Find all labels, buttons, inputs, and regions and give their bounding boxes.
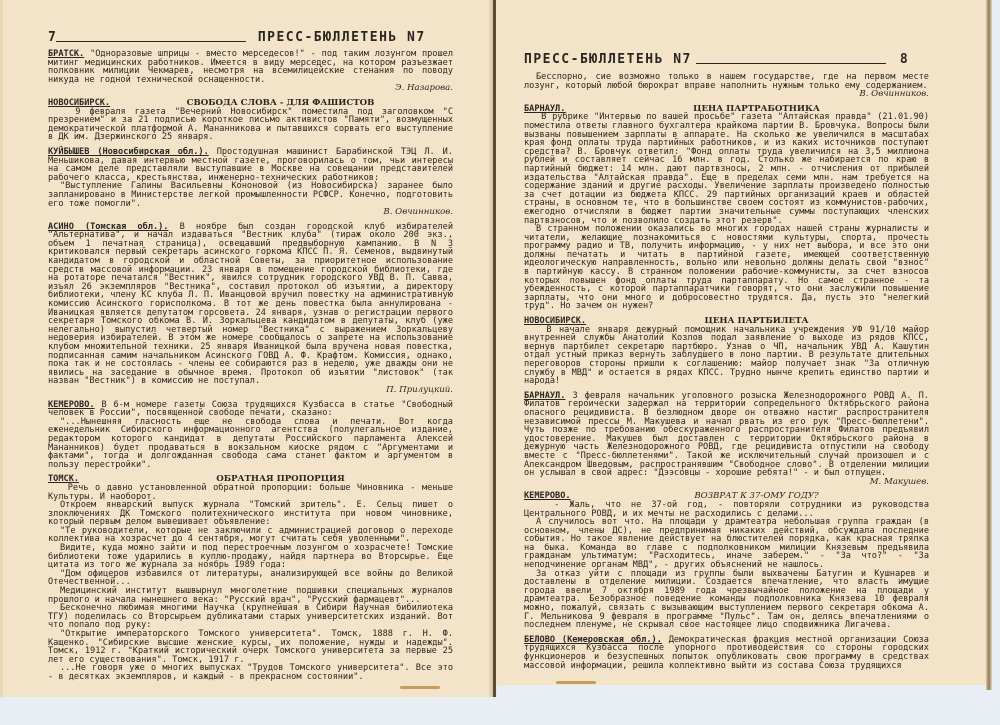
article: КЕМЕРОВО. В 6-м номере газеты Союза труд… [48, 401, 453, 470]
article-paragraph: Бесспорно, сие возможно только в нашем г… [524, 73, 929, 90]
article-paragraph: Бесконечно любимая многими Научка (крупн… [48, 604, 453, 630]
author-signature: М. Макушев. [524, 478, 929, 487]
stain [556, 681, 596, 684]
article-paragraph: НОВОСИБИРСК.СВОБОДА СЛОВА - ДЛЯ ФАШИСТОВ… [48, 99, 453, 142]
paragraph-text: Речь о давно установленной обратной проп… [48, 483, 453, 502]
header-rule [56, 41, 246, 42]
article-paragraph: КЕМЕРОВО.ВОЗВРАТ К 37-ОМУ ГОДУ? - Жаль, … [524, 492, 929, 518]
paragraph-text: А случилось вот что. На площади у драмте… [524, 517, 929, 570]
running-title: ПРЕСС-БЮЛЛЕТЕНЬ N7 [258, 30, 426, 45]
right-running-head: ПРЕСС-БЮЛЛЕТЕНЬ N7 8 [524, 52, 924, 67]
article: ТОМСК.ОБРАТНАЯ ПРОПОРЦИЯ Речь о давно ус… [48, 475, 453, 681]
paragraph-text: ...Не говоря уже о многих выпусках "Труд… [48, 663, 453, 682]
author-signature: В. Овчинников. [524, 90, 929, 99]
article-paragraph: НОВОСИБИРСК.ЦЕНА ПАРТБИЛЕТА В начале янв… [524, 317, 929, 386]
paragraph-text: В ноябре был создан городской клуб избир… [48, 222, 453, 387]
article-paragraph: "Те руководители, которые не заключили с… [48, 527, 453, 544]
paragraph-text: "Открытие императорского Томского универ… [48, 629, 453, 665]
paragraph-text: 9 февраля газета "Вечерний Новосибирск" … [48, 107, 453, 143]
page-number: 7 [48, 30, 56, 45]
paragraph-text: "Одноразовые шприцы - вместо мерседесов!… [48, 49, 453, 85]
article-paragraph: Медицинский институт вышвырнул многолетн… [48, 587, 453, 604]
paragraph-text: "Дом офицеров избавился от литературы, а… [48, 569, 453, 588]
paragraph-text: В начале января дежурный помощник началь… [524, 325, 929, 387]
article: БАРНАУЛ. 3 февраля начальник уголовного … [524, 392, 929, 487]
paragraph-text: Откроем январский выпуск журнала "Томски… [48, 500, 453, 527]
article-paragraph: ТОМСК.ОБРАТНАЯ ПРОПОРЦИЯ Речь о давно ус… [48, 475, 453, 501]
article-paragraph: Откроем январский выпуск журнала "Томски… [48, 501, 453, 527]
article-paragraph: КУЙБЫШЕВ (Новосибирская обл.). Простодуш… [48, 148, 453, 182]
article-paragraph: КЕМЕРОВО. В 6-м номере газеты Союза труд… [48, 401, 453, 418]
article: КУЙБЫШЕВ (Новосибирская обл.). Простодуш… [48, 148, 453, 217]
paragraph-text: Бесспорно, сие возможно только в нашем г… [524, 72, 929, 91]
article-paragraph: Видите, куда можно зайти и под перестрое… [48, 544, 453, 570]
paragraph-text: "...Нынешняя гласность еще не свобода сл… [48, 417, 453, 470]
article-paragraph: БЕЛОВО (Кемеровская обл.). Демократическ… [524, 636, 929, 670]
article: КЕМЕРОВО.ВОЗВРАТ К 37-ОМУ ГОДУ? - Жаль, … [524, 492, 929, 630]
right-column: Бесспорно, сие возможно только в нашем г… [524, 73, 929, 676]
article: АСИНО (Томская обл.). В ноябре был созда… [48, 223, 453, 395]
paragraph-text: Видите, куда можно зайти и под перестрое… [48, 543, 453, 570]
paragraph-text: За отказ уйти с площади из группы были в… [524, 569, 929, 631]
article: БАРНАУЛ.ЦЕНА ПАРТРАБОТНИКА В рубрике "Ин… [524, 105, 929, 311]
paragraph-text: "Те руководители, которые не заключили с… [48, 526, 453, 545]
page-number: 8 [900, 52, 908, 67]
article-paragraph: БАРНАУЛ. 3 февраля начальник уголовного … [524, 392, 929, 478]
article: БЕЛОВО (Кемеровская обл.). Демократическ… [524, 636, 929, 670]
article-paragraph: "...Нынешняя гласность еще не свобода сл… [48, 418, 453, 470]
article-paragraph: БРАТСК. "Одноразовые шприцы - вместо мер… [48, 50, 453, 84]
left-column: БРАТСК. "Одноразовые шприцы - вместо мер… [48, 50, 453, 688]
article-paragraph: ...Не говоря уже о многих выпусках "Труд… [48, 664, 453, 681]
paragraph-text: В странном положении оказались во многих… [524, 224, 929, 311]
paragraph-text: "Выступление Галины Васильевны Кононовой… [48, 181, 453, 208]
author-signature: В. Овчинников. [48, 208, 453, 217]
running-title: ПРЕСС-БЮЛЛЕТЕНЬ N7 [524, 52, 692, 67]
author-signature: Э. Назарова. [48, 84, 453, 93]
article-paragraph: "Выступление Галины Васильевны Кононовой… [48, 182, 453, 208]
paragraph-text: - Жаль, что не 37-ой год, - повторяли со… [524, 500, 929, 519]
paragraph-text: Бесконечно любимая многими Научка (крупн… [48, 603, 453, 630]
spine [493, 0, 496, 697]
paragraph-text: В рубрике "Интервью по вашей просьбе" га… [524, 112, 929, 225]
article: НОВОСИБИРСК.ЦЕНА ПАРТБИЛЕТА В начале янв… [524, 317, 929, 386]
article-paragraph: А случилось вот что. На площади у драмте… [524, 518, 929, 570]
paragraph-text: Медицинский институт вышвырнул многолетн… [48, 586, 453, 605]
article: Бесспорно, сие возможно только в нашем г… [524, 73, 929, 99]
article: НОВОСИБИРСК.СВОБОДА СЛОВА - ДЛЯ ФАШИСТОВ… [48, 99, 453, 142]
article-paragraph: "Дом офицеров избавился от литературы, а… [48, 570, 453, 587]
article-paragraph: "Открытие императорского Томского универ… [48, 630, 453, 664]
page-stack-edge [986, 0, 992, 690]
left-running-head: 7 ПРЕСС-БЮЛЛЕТЕНЬ N7 [48, 30, 458, 45]
header-rule [696, 63, 886, 64]
paragraph-text: В 6-м номере газеты Союза трудящихся Куз… [48, 400, 453, 419]
article: БРАТСК. "Одноразовые шприцы - вместо мер… [48, 50, 453, 93]
article-paragraph: БАРНАУЛ.ЦЕНА ПАРТРАБОТНИКА В рубрике "Ин… [524, 105, 929, 225]
paragraph-text: 3 февраля начальник уголовного розыска Ж… [524, 391, 929, 478]
author-signature: П. Прилуцкий. [48, 386, 453, 395]
article-paragraph: АСИНО (Томская обл.). В ноябре был созда… [48, 223, 453, 386]
article-paragraph: За отказ уйти с площади из группы были в… [524, 570, 929, 630]
article-paragraph: В странном положении оказались во многих… [524, 225, 929, 311]
